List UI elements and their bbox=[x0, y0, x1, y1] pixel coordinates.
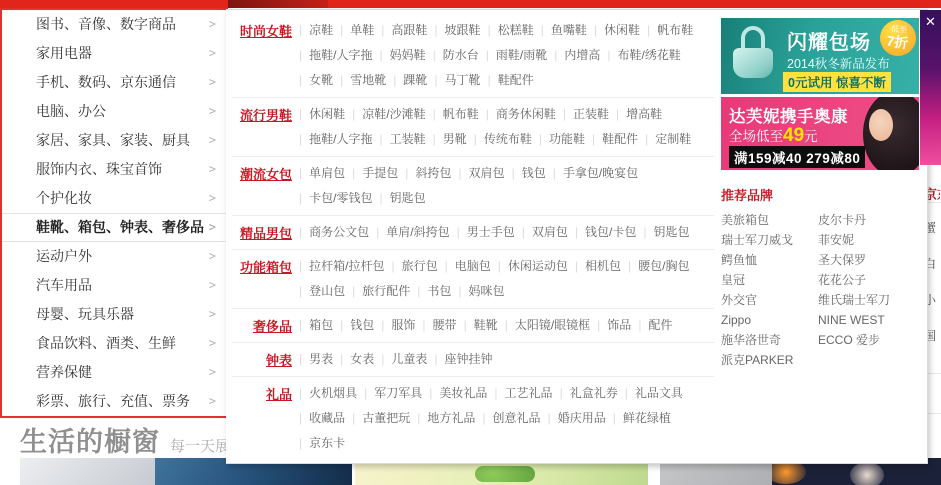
banner2-price-line: 全场低至49元 bbox=[729, 125, 818, 147]
sidebar-item-label: 彩票、旅行、充值、票务 bbox=[36, 393, 190, 409]
sidebar-item[interactable]: 电脑、办公> bbox=[2, 97, 226, 126]
link-divider: | bbox=[340, 73, 343, 87]
category-link[interactable]: 商务休闲鞋 bbox=[496, 107, 556, 121]
chevron-right-icon: > bbox=[209, 329, 216, 358]
link-divider: | bbox=[457, 225, 460, 239]
link-divider: | bbox=[638, 318, 641, 332]
flyout-link-row: |凉鞋|单鞋|高跟鞋|坡跟鞋|松糕鞋|鱼嘴鞋|休闲鞋|帆布鞋 bbox=[292, 18, 714, 43]
recommended-brands-title: 推荐品牌 bbox=[721, 185, 919, 204]
banner2-coupon-line: 满159减40 279减80 bbox=[729, 146, 865, 168]
link-divider: | bbox=[616, 107, 619, 121]
sidebar-item[interactable]: 鞋靴、箱包、钟表、奢侈品> bbox=[2, 213, 226, 242]
link-divider: | bbox=[445, 259, 448, 273]
category-link[interactable]: 休闲鞋 bbox=[309, 107, 345, 121]
category-link[interactable]: 座钟挂钟 bbox=[445, 352, 493, 366]
flyout-section-rows: |单肩包|手提包|斜挎包|双肩包|钱包|手拿包/晚宴包|卡包/零钱包|钥匙包 bbox=[292, 161, 714, 211]
sidebar-item-label: 营养保健 bbox=[36, 364, 92, 380]
link-divider: | bbox=[643, 225, 646, 239]
sidebar-item-label: 鞋靴、箱包、钟表、奢侈品 bbox=[36, 219, 204, 235]
flyout-link-row: |收藏品|古董把玩|地方礼品|创意礼品|婚庆用品|鲜花绿植 bbox=[292, 406, 714, 431]
category-link[interactable]: 正装鞋 bbox=[573, 107, 609, 121]
link-divider: | bbox=[405, 166, 408, 180]
link-divider: | bbox=[607, 48, 610, 62]
category-link[interactable]: 双肩包 bbox=[469, 166, 505, 180]
link-divider: | bbox=[352, 166, 355, 180]
brand-link[interactable]: NINE WEST bbox=[818, 310, 915, 330]
screen: 图书、音像、数字商品>家用电器>手机、数码、京东通信>电脑、办公>家居、家具、家… bbox=[0, 0, 941, 485]
link-divider: | bbox=[299, 259, 302, 273]
flyout-section: 奢侈品|箱包|钱包|服饰|腰带|鞋靴|太阳镜/眼镜框|饰品|配件 bbox=[232, 308, 714, 342]
flyout-link-row: |箱包|钱包|服饰|腰带|鞋靴|太阳镜/眼镜框|饰品|配件 bbox=[292, 313, 714, 338]
category-link[interactable]: 男靴 bbox=[443, 132, 467, 146]
link-divider: | bbox=[299, 411, 302, 425]
category-link[interactable]: 服饰 bbox=[391, 318, 415, 332]
sidebar-item[interactable]: 汽车用品> bbox=[2, 271, 226, 300]
link-divider: | bbox=[429, 386, 432, 400]
chevron-right-icon: > bbox=[209, 358, 216, 387]
sidebar-item[interactable]: 图书、音像、数字商品> bbox=[2, 10, 226, 39]
link-divider: | bbox=[539, 132, 542, 146]
banner-daphne-aokang[interactable]: 达芙妮携手奥康 全场低至49元 满159减40 279减80 bbox=[721, 97, 919, 170]
close-icon[interactable]: ✕ bbox=[920, 10, 941, 36]
sidebar-item-label: 家用电器 bbox=[36, 45, 92, 61]
brand-link[interactable]: Zippo bbox=[721, 310, 818, 330]
category-link[interactable]: 功能鞋 bbox=[549, 132, 585, 146]
category-link[interactable]: 鲜花绿植 bbox=[623, 411, 671, 425]
category-link[interactable]: 高跟鞋 bbox=[391, 23, 427, 37]
sidebar-item-label: 服饰内衣、珠宝首饰 bbox=[36, 161, 162, 177]
flyout-section-rows: |火机烟具|军刀军具|美妆礼品|工艺礼品|礼盒礼券|礼品文具|收藏品|古董把玩|… bbox=[292, 381, 714, 456]
flyout-link-row: |男表|女表|儿童表|座钟挂钟 bbox=[292, 347, 714, 372]
link-divider: | bbox=[647, 23, 650, 37]
category-link[interactable]: 拖鞋/人字拖 bbox=[309, 48, 372, 62]
category-link[interactable]: 休闲运动包 bbox=[508, 259, 568, 273]
link-divider: | bbox=[381, 23, 384, 37]
category-link[interactable]: 女靴 bbox=[309, 73, 333, 87]
category-link[interactable]: 男士手包 bbox=[467, 225, 515, 239]
top-red-bar bbox=[0, 0, 941, 8]
category-link[interactable]: 拖鞋/人字拖 bbox=[309, 132, 372, 146]
sidebar-item-label: 家居、家具、家装、厨具 bbox=[36, 132, 190, 148]
banner2-price-prefix: 全场低至 bbox=[729, 129, 783, 144]
link-divider: | bbox=[434, 73, 437, 87]
chevron-right-icon: > bbox=[209, 10, 216, 39]
category-link[interactable]: 女表 bbox=[350, 352, 374, 366]
category-link[interactable]: 军刀军具 bbox=[374, 386, 422, 400]
link-divider: | bbox=[458, 166, 461, 180]
category-link[interactable]: 雨鞋/雨靴 bbox=[496, 48, 547, 62]
link-divider: | bbox=[482, 411, 485, 425]
link-divider: | bbox=[575, 259, 578, 273]
sidebar-item[interactable]: 家居、家具、家装、厨具> bbox=[2, 126, 226, 155]
category-link[interactable]: 饰品 bbox=[607, 318, 631, 332]
category-link[interactable]: 书包 bbox=[427, 284, 451, 298]
category-link[interactable]: 单肩包 bbox=[309, 166, 345, 180]
brand-link[interactable]: 外交官 bbox=[721, 290, 818, 310]
category-link[interactable]: 妈妈鞋 bbox=[390, 48, 426, 62]
category-link[interactable]: 工艺礼品 bbox=[505, 386, 553, 400]
brand-column-1: 美旅箱包瑞士军刀威戈鳄鱼恤皇冠外交官Zippo施华洛世奇派克PARKER bbox=[721, 210, 818, 370]
banner1-promo-line: 0元试用 惊喜不断 bbox=[783, 72, 891, 92]
category-link[interactable]: 登山包 bbox=[309, 284, 345, 298]
showcase-image-1[interactable] bbox=[20, 458, 155, 485]
category-link[interactable]: 婚庆用品 bbox=[558, 411, 606, 425]
category-link[interactable]: 京东卡 bbox=[309, 436, 345, 450]
link-divider: | bbox=[522, 225, 525, 239]
category-link[interactable]: 钱包 bbox=[522, 166, 546, 180]
category-link[interactable]: 儿童表 bbox=[391, 352, 427, 366]
category-link[interactable]: 传统布鞋 bbox=[484, 132, 532, 146]
link-divider: | bbox=[299, 191, 302, 205]
flyout-link-row: |登山包|旅行配件|书包|妈咪包 bbox=[292, 279, 714, 304]
banner-shining-bags[interactable]: 闪耀包场 低至 7折 2014秋冬新品发布 0元试用 惊喜不断 bbox=[721, 18, 919, 94]
link-divider: | bbox=[299, 73, 302, 87]
brand-link[interactable]: 瑞士军刀威戈 bbox=[721, 230, 818, 250]
link-divider: | bbox=[391, 259, 394, 273]
link-divider: | bbox=[541, 23, 544, 37]
category-link[interactable]: 休闲鞋 bbox=[604, 23, 640, 37]
link-divider: | bbox=[575, 225, 578, 239]
link-divider: | bbox=[417, 284, 420, 298]
link-divider: | bbox=[597, 318, 600, 332]
flyout-link-row: |京东卡 bbox=[292, 431, 714, 456]
chevron-right-icon: > bbox=[209, 126, 216, 155]
model-photo-face bbox=[869, 109, 893, 141]
category-group-link[interactable]: 时尚女鞋 bbox=[240, 24, 292, 39]
link-divider: | bbox=[505, 318, 508, 332]
link-divider: | bbox=[379, 48, 382, 62]
category-link[interactable]: 内增高 bbox=[564, 48, 600, 62]
banner2-price-suffix: 元 bbox=[804, 129, 818, 144]
link-divider: | bbox=[299, 318, 302, 332]
brand-link[interactable]: 菲安妮 bbox=[818, 230, 915, 250]
category-link[interactable]: 拉杆箱/拉杆包 bbox=[309, 259, 384, 273]
flyout-section: 潮流女包|单肩包|手提包|斜挎包|双肩包|钱包|手拿包/晚宴包|卡包/零钱包|钥… bbox=[232, 156, 714, 215]
category-link[interactable]: 坡跟鞋 bbox=[445, 23, 481, 37]
chevron-right-icon: > bbox=[209, 387, 216, 416]
sidebar-item[interactable]: 运动户外> bbox=[2, 242, 226, 271]
category-link[interactable]: 礼品文具 bbox=[635, 386, 683, 400]
category-link[interactable]: 配件 bbox=[648, 318, 672, 332]
category-group-link[interactable]: 钟表 bbox=[266, 353, 292, 368]
link-divider: | bbox=[494, 386, 497, 400]
link-divider: | bbox=[594, 23, 597, 37]
category-link[interactable]: 腰带 bbox=[433, 318, 457, 332]
hand-decoration bbox=[850, 462, 884, 485]
category-group-link[interactable]: 精品男包 bbox=[240, 226, 292, 241]
link-divider: | bbox=[474, 132, 477, 146]
category-link[interactable]: 火机烟具 bbox=[309, 386, 357, 400]
category-link[interactable]: 箱包 bbox=[309, 318, 333, 332]
link-divider: | bbox=[299, 23, 302, 37]
banner1-title: 闪耀包场 bbox=[787, 26, 871, 55]
flyout-section-rows: |男表|女表|儿童表|座钟挂钟 bbox=[292, 347, 714, 372]
category-link[interactable]: 定制鞋 bbox=[655, 132, 691, 146]
link-divider: | bbox=[299, 48, 302, 62]
flyout-link-row: |拖鞋/人字拖|工装鞋|男靴|传统布鞋|功能鞋|鞋配件|定制鞋 bbox=[292, 127, 714, 152]
flyout-link-row: |女靴|雪地靴|踝靴|马丁靴|鞋配件 bbox=[292, 68, 714, 93]
flyout-section: 功能箱包|拉杆箱/拉杆包|旅行包|电脑包|休闲运动包|相机包|腰包/胸包|登山包… bbox=[232, 249, 714, 308]
link-divider: | bbox=[299, 107, 302, 121]
brand-link[interactable]: 美旅箱包 bbox=[721, 210, 818, 230]
chevron-right-icon: > bbox=[209, 97, 216, 126]
sidebar-item[interactable]: 食品饮料、酒类、生鲜> bbox=[2, 329, 226, 358]
link-divider: | bbox=[486, 48, 489, 62]
link-divider: | bbox=[299, 436, 302, 450]
flyout-section-rows: |商务公文包|单肩/斜挎包|男士手包|双肩包|钱包/卡包|钥匙包 bbox=[292, 220, 714, 245]
link-divider: | bbox=[560, 386, 563, 400]
sidebar-item-label: 图书、音像、数字商品 bbox=[36, 16, 176, 32]
link-divider: | bbox=[376, 225, 379, 239]
chevron-right-icon: > bbox=[209, 242, 216, 271]
category-link[interactable]: 帆布鞋 bbox=[443, 107, 479, 121]
sidebar-item[interactable]: 营养保健> bbox=[2, 358, 226, 387]
category-link[interactable]: 增高鞋 bbox=[626, 107, 662, 121]
category-link[interactable]: 单鞋 bbox=[350, 23, 374, 37]
link-divider: | bbox=[299, 386, 302, 400]
link-divider: | bbox=[553, 166, 556, 180]
flyout-section-label-cell: 礼品 bbox=[232, 381, 292, 456]
category-link[interactable]: 松糕鞋 bbox=[498, 23, 534, 37]
category-link[interactable]: 鞋配件 bbox=[498, 73, 534, 87]
link-divider: | bbox=[379, 191, 382, 205]
link-divider: | bbox=[512, 166, 515, 180]
flyout-section-label-cell: 功能箱包 bbox=[232, 254, 292, 304]
category-link[interactable]: 钱包/卡包 bbox=[585, 225, 636, 239]
link-divider: | bbox=[381, 318, 384, 332]
link-divider: | bbox=[299, 352, 302, 366]
category-link[interactable]: 男表 bbox=[309, 352, 333, 366]
flyout-section-rows: |凉鞋|单鞋|高跟鞋|坡跟鞋|松糕鞋|鱼嘴鞋|休闲鞋|帆布鞋|拖鞋/人字拖|妈妈… bbox=[292, 18, 714, 93]
handbag-icon-body bbox=[733, 48, 773, 78]
link-divider: | bbox=[340, 352, 343, 366]
flyout-section: 钟表|男表|女表|儿童表|座钟挂钟 bbox=[232, 342, 714, 376]
link-divider: | bbox=[422, 318, 425, 332]
flyout-link-row: |拖鞋/人字拖|妈妈鞋|防水台|雨鞋/雨靴|内增高|布鞋/绣花鞋 bbox=[292, 43, 714, 68]
category-link[interactable]: 美妆礼品 bbox=[439, 386, 487, 400]
link-divider: | bbox=[592, 132, 595, 146]
flyout-link-row: |单肩包|手提包|斜挎包|双肩包|钱包|手拿包/晚宴包 bbox=[292, 161, 714, 186]
link-divider: | bbox=[352, 107, 355, 121]
chevron-right-icon: > bbox=[209, 39, 216, 68]
flyout-section-rows: |拉杆箱/拉杆包|旅行包|电脑包|休闲运动包|相机包|腰包/胸包|登山包|旅行配… bbox=[292, 254, 714, 304]
category-link[interactable]: 手拿包/晚宴包 bbox=[563, 166, 638, 180]
link-divider: | bbox=[434, 23, 437, 37]
flyout-section-label-cell: 奢侈品 bbox=[232, 313, 292, 338]
link-divider: | bbox=[613, 411, 616, 425]
category-link[interactable]: 鱼嘴鞋 bbox=[551, 23, 587, 37]
category-link[interactable]: 雪地靴 bbox=[350, 73, 386, 87]
sidebar-item-label: 汽车用品 bbox=[36, 277, 92, 293]
link-divider: | bbox=[417, 411, 420, 425]
link-divider: | bbox=[433, 132, 436, 146]
flyout-section-label-cell: 潮流女包 bbox=[232, 161, 292, 211]
category-group-link[interactable]: 潮流女包 bbox=[240, 167, 292, 182]
category-link[interactable]: 礼盒礼券 bbox=[570, 386, 618, 400]
flyout-section-label-cell: 流行男鞋 bbox=[232, 102, 292, 152]
discount-badge: 低至 7折 bbox=[878, 18, 919, 58]
category-link[interactable]: 工装鞋 bbox=[390, 132, 426, 146]
veggie-decoration bbox=[475, 466, 535, 482]
category-link[interactable]: 凉鞋 bbox=[309, 23, 333, 37]
category-link[interactable]: 古董把玩 bbox=[362, 411, 410, 425]
chevron-right-icon: > bbox=[209, 184, 216, 213]
category-link[interactable]: 钥匙包 bbox=[653, 225, 689, 239]
banner1-subtitle: 2014秋冬新品发布 bbox=[787, 54, 890, 72]
sidebar-item-label: 手机、数码、京东通信 bbox=[36, 74, 176, 90]
category-link[interactable]: 马丁靴 bbox=[445, 73, 481, 87]
link-divider: | bbox=[645, 132, 648, 146]
category-link[interactable]: 钱包 bbox=[350, 318, 374, 332]
chevron-right-icon: > bbox=[209, 214, 216, 241]
link-divider: | bbox=[433, 107, 436, 121]
chevron-right-icon: > bbox=[209, 300, 216, 329]
flyout-promo-column: 闪耀包场 低至 7折 2014秋冬新品发布 0元试用 惊喜不断 达芙妮携手奥康 … bbox=[721, 18, 919, 370]
link-divider: | bbox=[340, 318, 343, 332]
sidebar-item-label: 母婴、玩具乐器 bbox=[36, 306, 134, 322]
showcase-title: 生活的橱窗 bbox=[20, 427, 160, 457]
lifestyle-showcase: 生活的橱窗每一天展示精 bbox=[20, 420, 260, 459]
link-divider: | bbox=[352, 411, 355, 425]
link-divider: | bbox=[488, 73, 491, 87]
category-link[interactable]: 腰包/胸包 bbox=[638, 259, 689, 273]
brand-link[interactable]: 维氏瑞士军刀 bbox=[818, 290, 915, 310]
link-divider: | bbox=[393, 73, 396, 87]
category-link[interactable]: 钥匙包 bbox=[390, 191, 426, 205]
category-sidebar: 图书、音像、数字商品>家用电器>手机、数码、京东通信>电脑、办公>家居、家具、家… bbox=[0, 8, 228, 418]
sidebar-item-label: 电脑、办公 bbox=[36, 103, 106, 119]
flyout-section-label-cell: 钟表 bbox=[232, 347, 292, 372]
category-link[interactable]: 相机包 bbox=[585, 259, 621, 273]
link-divider: | bbox=[554, 48, 557, 62]
top-bar-dark-segment bbox=[228, 0, 328, 8]
sidebar-item[interactable]: 母婴、玩具乐器> bbox=[2, 300, 226, 329]
flyout-categories: 时尚女鞋|凉鞋|单鞋|高跟鞋|坡跟鞋|松糕鞋|鱼嘴鞋|休闲鞋|帆布鞋|拖鞋/人字… bbox=[232, 14, 714, 460]
banner2-price: 49 bbox=[783, 125, 804, 146]
category-link[interactable]: 布鞋/绣花鞋 bbox=[617, 48, 680, 62]
flyout-section-rows: |箱包|钱包|服饰|腰带|鞋靴|太阳镜/眼镜框|饰品|配件 bbox=[292, 313, 714, 338]
category-link[interactable]: 防水台 bbox=[443, 48, 479, 62]
category-group-link[interactable]: 奢侈品 bbox=[253, 319, 292, 334]
sidebar-item[interactable]: 手机、数码、京东通信> bbox=[2, 68, 226, 97]
flyout-section: 流行男鞋|休闲鞋|凉鞋/沙滩鞋|帆布鞋|商务休闲鞋|正装鞋|增高鞋|拖鞋/人字拖… bbox=[232, 97, 714, 156]
flyout-section-rows: |休闲鞋|凉鞋/沙滩鞋|帆布鞋|商务休闲鞋|正装鞋|增高鞋|拖鞋/人字拖|工装鞋… bbox=[292, 102, 714, 152]
link-divider: | bbox=[364, 386, 367, 400]
brand-list: 美旅箱包瑞士军刀威戈鳄鱼恤皇冠外交官Zippo施华洛世奇派克PARKER 皮尔卡… bbox=[721, 210, 919, 370]
link-divider: | bbox=[379, 132, 382, 146]
brand-link[interactable]: 鳄鱼恤 bbox=[721, 250, 818, 270]
category-group-link[interactable]: 流行男鞋 bbox=[240, 108, 292, 123]
category-link[interactable]: 手提包 bbox=[362, 166, 398, 180]
chevron-right-icon: > bbox=[209, 155, 216, 184]
link-divider: | bbox=[628, 259, 631, 273]
sidebar-item-label: 个护化妆 bbox=[36, 190, 92, 206]
brand-column-2: 皮尔卡丹菲安妮圣大保罗花花公子维氏瑞士军刀NINE WESTECCO 爱步 bbox=[818, 210, 915, 370]
flyout-section: 礼品|火机烟具|军刀军具|美妆礼品|工艺礼品|礼盒礼券|礼品文具|收藏品|古董把… bbox=[232, 376, 714, 460]
link-divider: | bbox=[486, 107, 489, 121]
flyout-link-row: |商务公文包|单肩/斜挎包|男士手包|双肩包|钱包/卡包|钥匙包 bbox=[292, 220, 714, 245]
link-divider: | bbox=[299, 166, 302, 180]
link-divider: | bbox=[458, 284, 461, 298]
category-link[interactable]: 帆布鞋 bbox=[657, 23, 693, 37]
category-link[interactable]: 凉鞋/沙滩鞋 bbox=[362, 107, 425, 121]
link-divider: | bbox=[563, 107, 566, 121]
link-divider: | bbox=[548, 411, 551, 425]
brand-link[interactable]: 花花公子 bbox=[818, 270, 915, 290]
category-link[interactable]: 旅行包 bbox=[402, 259, 438, 273]
link-divider: | bbox=[340, 23, 343, 37]
chevron-right-icon: > bbox=[209, 271, 216, 300]
category-flyout-panel: 时尚女鞋|凉鞋|单鞋|高跟鞋|坡跟鞋|松糕鞋|鱼嘴鞋|休闲鞋|帆布鞋|拖鞋/人字… bbox=[226, 9, 928, 464]
sidebar-item[interactable]: 个护化妆> bbox=[2, 184, 226, 213]
flyout-section-label-cell: 时尚女鞋 bbox=[232, 18, 292, 93]
flyout-section-label-cell: 精品男包 bbox=[232, 220, 292, 245]
category-link[interactable]: 鞋配件 bbox=[602, 132, 638, 146]
sidebar-item[interactable]: 服饰内衣、珠宝首饰> bbox=[2, 155, 226, 184]
sidebar-item-label: 运动户外 bbox=[36, 248, 92, 264]
chevron-right-icon: > bbox=[209, 68, 216, 97]
flyout-link-row: |拉杆箱/拉杆包|旅行包|电脑包|休闲运动包|相机包|腰包/胸包 bbox=[292, 254, 714, 279]
flyout-section: 时尚女鞋|凉鞋|单鞋|高跟鞋|坡跟鞋|松糕鞋|鱼嘴鞋|休闲鞋|帆布鞋|拖鞋/人字… bbox=[232, 14, 714, 97]
category-group-link[interactable]: 功能箱包 bbox=[240, 260, 292, 275]
link-divider: | bbox=[488, 23, 491, 37]
link-divider: | bbox=[433, 48, 436, 62]
brand-link[interactable]: 派克PARKER bbox=[721, 350, 818, 370]
link-divider: | bbox=[381, 352, 384, 366]
flyout-link-row: |卡包/零钱包|钥匙包 bbox=[292, 186, 714, 211]
link-divider: | bbox=[299, 225, 302, 239]
category-link[interactable]: 双肩包 bbox=[532, 225, 568, 239]
category-link[interactable]: 斜挎包 bbox=[415, 166, 451, 180]
category-link[interactable]: 妈咪包 bbox=[469, 284, 505, 298]
brand-link[interactable]: 皮尔卡丹 bbox=[818, 210, 915, 230]
flyout-section: 精品男包|商务公文包|单肩/斜挎包|男士手包|双肩包|钱包/卡包|钥匙包 bbox=[232, 215, 714, 249]
link-divider: | bbox=[352, 284, 355, 298]
category-link[interactable]: 创意礼品 bbox=[493, 411, 541, 425]
category-link[interactable]: 旅行配件 bbox=[362, 284, 410, 298]
category-link[interactable]: 地方礼品 bbox=[427, 411, 475, 425]
category-link[interactable]: 电脑包 bbox=[455, 259, 491, 273]
promo-floater[interactable]: ✕ bbox=[920, 10, 941, 165]
link-divider: | bbox=[299, 132, 302, 146]
category-link[interactable]: 踝靴 bbox=[403, 73, 427, 87]
brand-link[interactable]: ECCO 爱步 bbox=[818, 330, 915, 350]
category-link[interactable]: 卡包/零钱包 bbox=[309, 191, 372, 205]
category-group-link[interactable]: 礼品 bbox=[266, 387, 292, 402]
link-divider: | bbox=[625, 386, 628, 400]
category-link[interactable]: 商务公文包 bbox=[309, 225, 369, 239]
link-divider: | bbox=[299, 284, 302, 298]
brand-link[interactable]: 皇冠 bbox=[721, 270, 818, 290]
flyout-link-row: |火机烟具|军刀军具|美妆礼品|工艺礼品|礼盒礼券|礼品文具 bbox=[292, 381, 714, 406]
sidebar-item[interactable]: 家用电器> bbox=[2, 39, 226, 68]
brand-link[interactable]: 施华洛世奇 bbox=[721, 330, 818, 350]
link-divider: | bbox=[434, 352, 437, 366]
category-link[interactable]: 鞋靴 bbox=[474, 318, 498, 332]
category-link[interactable]: 收藏品 bbox=[309, 411, 345, 425]
sidebar-item-label: 食品饮料、酒类、生鲜 bbox=[36, 335, 176, 351]
link-divider: | bbox=[464, 318, 467, 332]
flyout-link-row: |休闲鞋|凉鞋/沙滩鞋|帆布鞋|商务休闲鞋|正装鞋|增高鞋 bbox=[292, 102, 714, 127]
link-divider: | bbox=[498, 259, 501, 273]
banner2-title: 达芙妮携手奥康 bbox=[729, 103, 848, 127]
category-link[interactable]: 单肩/斜挎包 bbox=[386, 225, 449, 239]
sidebar-item[interactable]: 彩票、旅行、充值、票务> bbox=[2, 387, 226, 416]
brand-link[interactable]: 圣大保罗 bbox=[818, 250, 915, 270]
category-link[interactable]: 太阳镜/眼镜框 bbox=[515, 318, 590, 332]
